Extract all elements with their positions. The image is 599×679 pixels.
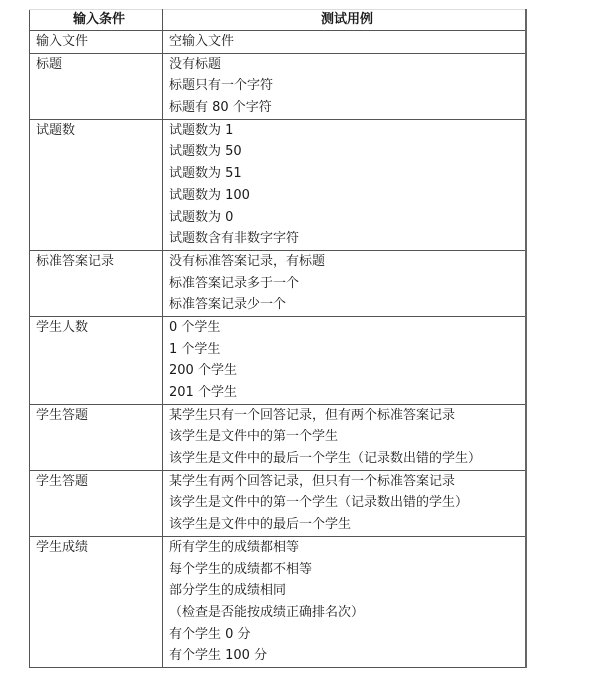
test-case-item: 试题数为 0 <box>169 207 525 229</box>
condition-cell: 标准答案记录 <box>30 250 163 316</box>
table-row: 试题数试题数为 1试题数为 50试题数为 51试题数为 100试题数为 0试题数… <box>30 119 527 250</box>
test-cases-cell: 某学生只有一个回答记录，但有两个标准答案记录该学生是文件中的第一个学生该学生是文… <box>163 404 527 470</box>
test-case-item: 1 个学生 <box>169 339 525 361</box>
table-row: 学生人数0 个学生1 个学生200 个学生201 个学生 <box>30 316 527 404</box>
test-case-item: 200 个学生 <box>169 360 525 382</box>
test-cases-cell: 没有标题标题只有一个字符标题有 80 个字符 <box>163 53 527 119</box>
test-cases-cell: 空输入文件 <box>163 31 527 54</box>
table-row: 学生成绩所有学生的成绩都相等每个学生的成绩都不相等部分学生的成绩相同（检查是否能… <box>30 536 527 667</box>
header-row: 输入条件 测试用例 <box>30 10 527 31</box>
condition-cell: 学生答题 <box>30 470 163 536</box>
test-case-table: 输入条件 测试用例 输入文件空输入文件标题没有标题标题只有一个字符标题有 80 … <box>29 9 527 668</box>
test-case-item: 有个学生 0 分 <box>169 624 525 646</box>
test-case-item: 某学生只有一个回答记录，但有两个标准答案记录 <box>169 405 525 427</box>
condition-cell: 学生答题 <box>30 404 163 470</box>
test-case-item: 0 个学生 <box>169 317 525 339</box>
test-cases-cell: 0 个学生1 个学生200 个学生201 个学生 <box>163 316 527 404</box>
test-case-item: 所有学生的成绩都相等 <box>169 537 525 559</box>
test-cases-cell: 所有学生的成绩都相等每个学生的成绩都不相等部分学生的成绩相同（检查是否能按成绩正… <box>163 536 527 667</box>
table-row: 学生答题某学生有两个回答记录，但只有一个标准答案记录该学生是文件中的第一个学生（… <box>30 470 527 536</box>
condition-label: 试题数 <box>36 120 162 142</box>
test-case-item: （检查是否能按成绩正确排名次） <box>169 602 525 624</box>
condition-cell: 学生人数 <box>30 316 163 404</box>
test-case-item: 该学生是文件中的第一个学生 <box>169 426 525 448</box>
test-case-item: 该学生是文件中的第一个学生（记录数出错的学生） <box>169 492 525 514</box>
test-case-item: 试题数为 51 <box>169 163 525 185</box>
test-case-item: 部分学生的成绩相同 <box>169 580 525 602</box>
test-case-item: 201 个学生 <box>169 382 525 404</box>
condition-cell: 输入文件 <box>30 31 163 54</box>
test-case-item: 试题数为 100 <box>169 185 525 207</box>
condition-label: 标题 <box>36 54 162 76</box>
header-input-condition: 输入条件 <box>30 10 163 31</box>
table-row: 学生答题某学生只有一个回答记录，但有两个标准答案记录该学生是文件中的第一个学生该… <box>30 404 527 470</box>
test-case-item: 试题数为 1 <box>169 120 525 142</box>
condition-label: 学生人数 <box>36 317 162 339</box>
test-case-item: 没有标题 <box>169 54 525 76</box>
test-case-item: 某学生有两个回答记录，但只有一个标准答案记录 <box>169 471 525 493</box>
condition-cell: 标题 <box>30 53 163 119</box>
condition-label: 学生答题 <box>36 405 162 427</box>
test-case-item: 该学生是文件中的最后一个学生（记录数出错的学生） <box>169 448 525 470</box>
table-row: 标准答案记录没有标准答案记录，有标题标准答案记录多于一个标准答案记录少一个 <box>30 250 527 316</box>
condition-label: 输入文件 <box>36 31 162 53</box>
test-case-item: 该学生是文件中的最后一个学生 <box>169 514 525 536</box>
test-cases-cell: 试题数为 1试题数为 50试题数为 51试题数为 100试题数为 0试题数含有非… <box>163 119 527 250</box>
test-case-item: 标题有 80 个字符 <box>169 97 525 119</box>
test-case-item: 标准答案记录多于一个 <box>169 273 525 295</box>
test-case-item: 空输入文件 <box>169 31 525 53</box>
table-row: 标题没有标题标题只有一个字符标题有 80 个字符 <box>30 53 527 119</box>
test-case-item: 每个学生的成绩都不相等 <box>169 559 525 581</box>
table-row: 输入文件空输入文件 <box>30 31 527 54</box>
test-cases-cell: 某学生有两个回答记录，但只有一个标准答案记录该学生是文件中的第一个学生（记录数出… <box>163 470 527 536</box>
condition-label: 标准答案记录 <box>36 251 162 273</box>
test-case-item: 标准答案记录少一个 <box>169 294 525 316</box>
test-cases-cell: 没有标准答案记录，有标题标准答案记录多于一个标准答案记录少一个 <box>163 250 527 316</box>
test-case-item: 试题数为 50 <box>169 141 525 163</box>
header-test-case: 测试用例 <box>163 10 527 31</box>
condition-cell: 学生成绩 <box>30 536 163 667</box>
test-case-item: 标题只有一个字符 <box>169 75 525 97</box>
test-case-item: 有个学生 100 分 <box>169 645 525 667</box>
test-case-item: 试题数含有非数字字符 <box>169 228 525 250</box>
condition-label: 学生答题 <box>36 471 162 493</box>
condition-label: 学生成绩 <box>36 537 162 559</box>
condition-cell: 试题数 <box>30 119 163 250</box>
test-case-item: 没有标准答案记录，有标题 <box>169 251 525 273</box>
